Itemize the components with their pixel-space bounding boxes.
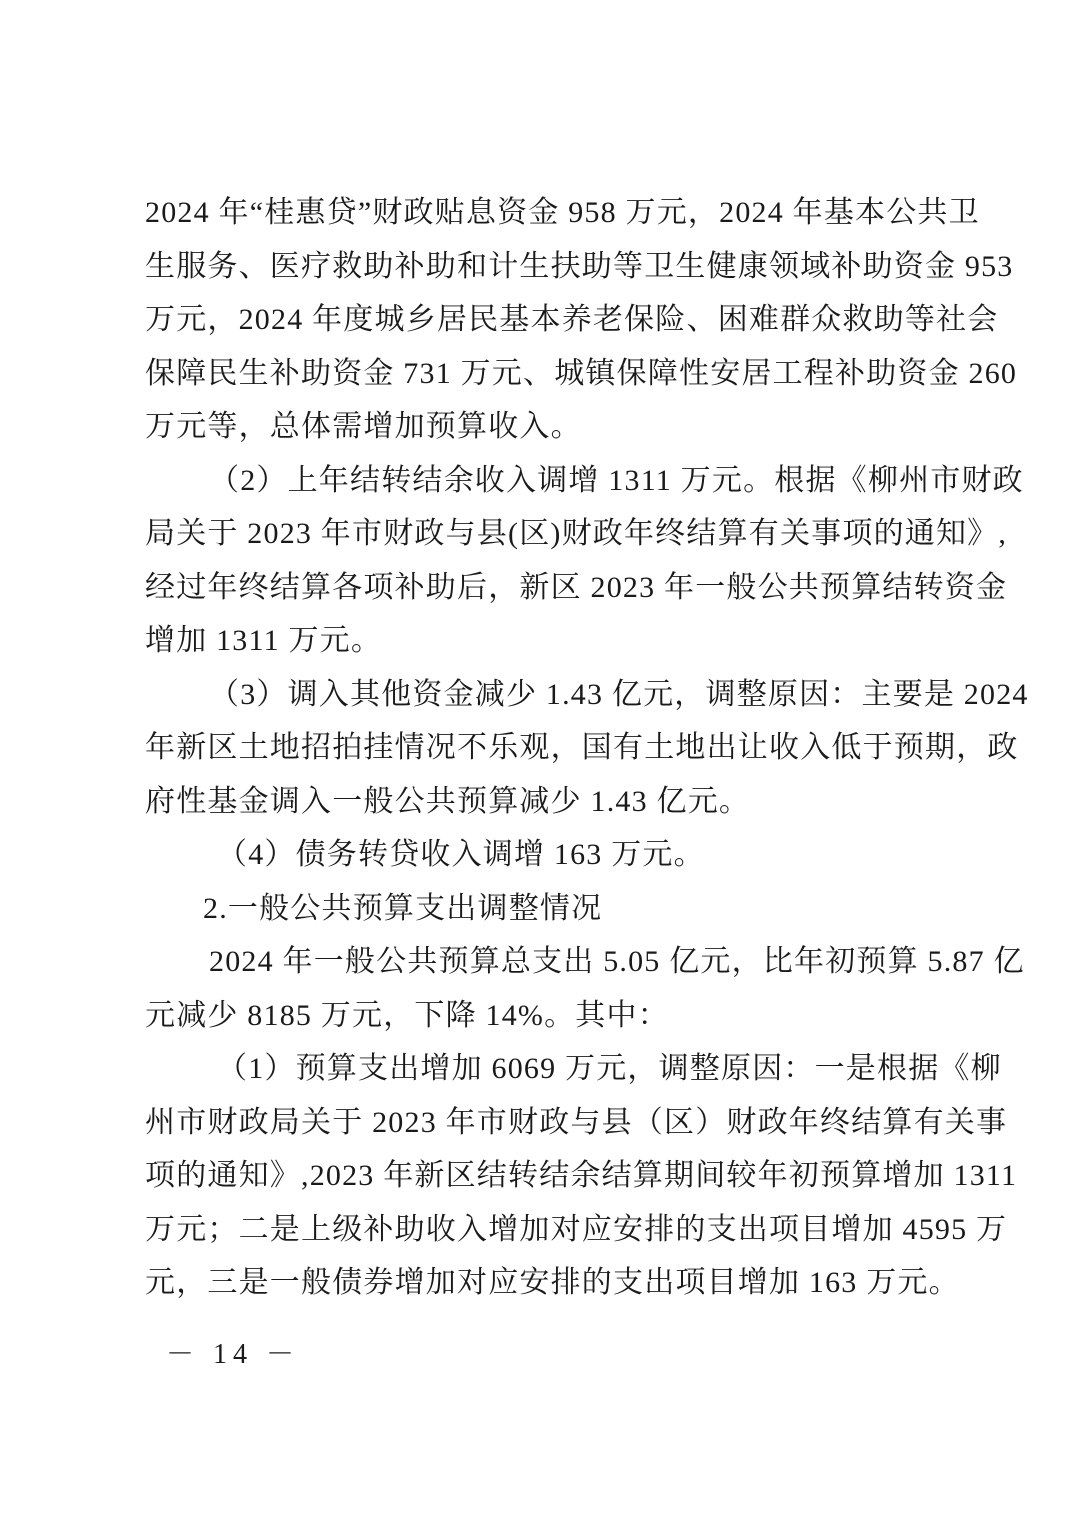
text-line: 元，三是一般债券增加对应安排的支出项目增加 163 万元。 (145, 1256, 940, 1310)
text-line: （1）预算支出增加 6069 万元，调整原因：一是根据《柳 (145, 1042, 940, 1096)
section-heading: 2.一般公共预算支出调整情况 (145, 882, 940, 936)
paragraph-expenditure-summary: 2024 年一般公共预算总支出 5.05 亿元，比年初预算 5.87 亿 元减少… (145, 935, 940, 1042)
text-line: 万元，2024 年度城乡居民基本养老保险、困难群众救助等社会 (145, 293, 940, 347)
text-line: 元减少 8185 万元，下降 14%。其中： (145, 989, 940, 1043)
paragraph-expenditure-item-1: （1）预算支出增加 6069 万元，调整原因：一是根据《柳 州市财政局关于 20… (145, 1042, 940, 1310)
text-line: 州市财政局关于 2023 年市财政与县（区）财政年终结算有关事 (145, 1096, 940, 1150)
text-line: 府性基金调入一般公共预算减少 1.43 亿元。 (145, 775, 940, 829)
text-line: 局关于 2023 年市财政与县(区)财政年终结算有关事项的通知》, (145, 507, 940, 561)
document-page: 2024 年“桂惠贷”财政贴息资金 958 万元，2024 年基本公共卫 生服务… (145, 186, 940, 1310)
paragraph-subsidy-continued: 2024 年“桂惠贷”财政贴息资金 958 万元，2024 年基本公共卫 生服务… (145, 186, 940, 454)
paragraph-item-3: （3）调入其他资金减少 1.43 亿元，调整原因：主要是 2024 年新区土地招… (145, 668, 940, 829)
text-line: 项的通知》,2023 年新区结转结余结算期间较年初预算增加 1311 (145, 1149, 940, 1203)
section-heading-expenditure: 2.一般公共预算支出调整情况 (145, 882, 940, 936)
text-line: 保障民生补助资金 731 万元、城镇保障性安居工程补助资金 260 (145, 347, 940, 401)
text-line: 生服务、医疗救助补助和计生扶助等卫生健康领域补助资金 953 (145, 240, 940, 294)
text-line: 2024 年“桂惠贷”财政贴息资金 958 万元，2024 年基本公共卫 (145, 186, 940, 240)
text-line: 经过年终结算各项补助后，新区 2023 年一般公共预算结转资金 (145, 561, 940, 615)
text-line: （3）调入其他资金减少 1.43 亿元，调整原因：主要是 2024 (145, 668, 940, 722)
text-line: （2）上年结转结余收入调增 1311 万元。根据《柳州市财政 (145, 454, 940, 508)
paragraph-item-4: （4）债务转贷收入调增 163 万元。 (145, 828, 940, 882)
text-line: （4）债务转贷收入调增 163 万元。 (145, 828, 940, 882)
text-line: 万元；二是上级补助收入增加对应安排的支出项目增加 4595 万 (145, 1203, 940, 1257)
text-line: 2024 年一般公共预算总支出 5.05 亿元，比年初预算 5.87 亿 (145, 935, 940, 989)
paragraph-item-2: （2）上年结转结余收入调增 1311 万元。根据《柳州市财政 局关于 2023 … (145, 454, 940, 668)
text-line: 年新区土地招拍挂情况不乐观，国有土地出让收入低于预期，政 (145, 721, 940, 775)
page-number: － 14 － (166, 1332, 300, 1372)
text-line: 万元等，总体需增加预算收入。 (145, 400, 940, 454)
text-line: 增加 1311 万元。 (145, 614, 940, 668)
